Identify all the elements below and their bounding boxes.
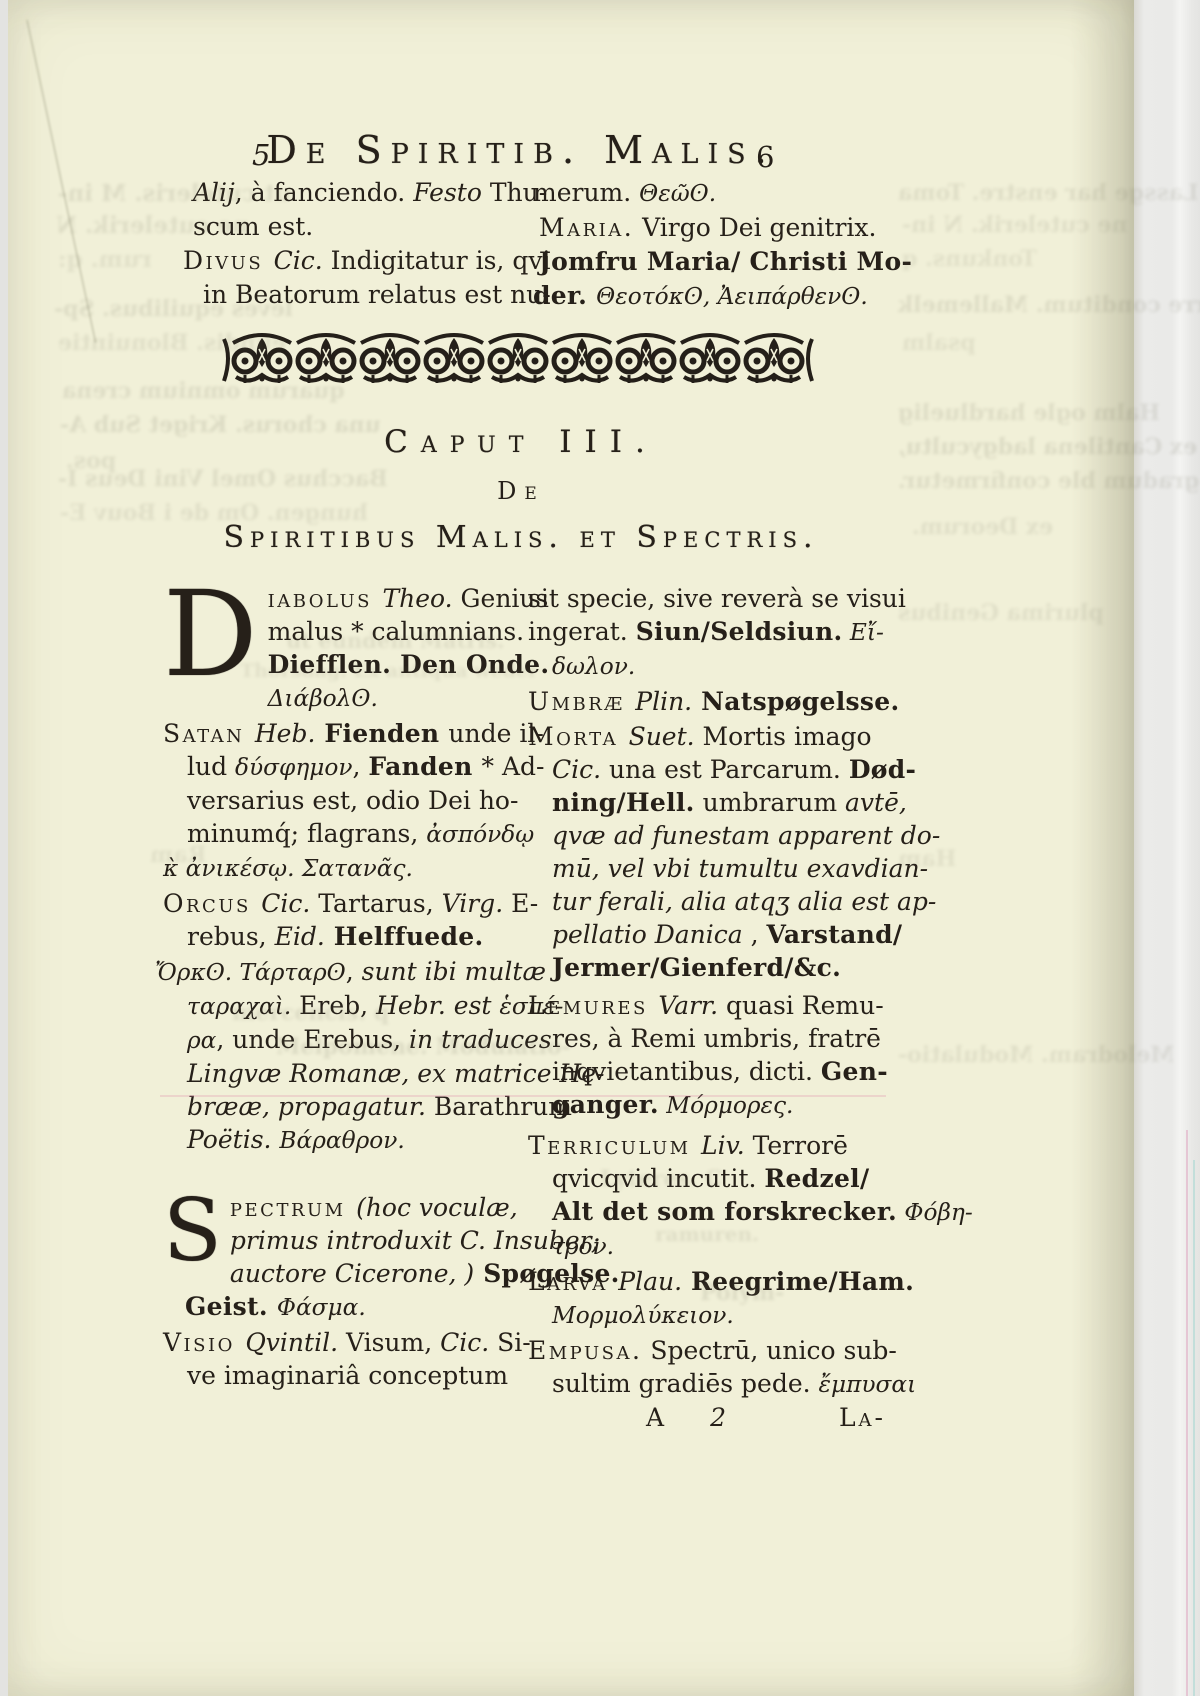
text-segment: Suet. [629, 722, 695, 751]
text-column-left: Diabolus Theo. Geniusmalus * calumnians.… [163, 582, 520, 1392]
scan-artifact-line [160, 1095, 886, 1097]
text-segment: quasi Remu- [718, 991, 884, 1020]
text-line: Geist. Φάσμα. [163, 1290, 520, 1324]
text-segment: Tartarus, [310, 889, 441, 918]
text-segment: merum. [533, 178, 639, 207]
bleedthrough-ghost-text: eundis. Blonuintie [58, 330, 286, 356]
text-segment: Umbræ [528, 687, 635, 716]
text-line: Satan Heb. Fienden unde il- [163, 717, 520, 750]
text-segment: mū, vel vbi tumultu exavdian- [552, 854, 928, 883]
bleedthrough-ghost-text: Lassge har enstre. Toma [898, 180, 1199, 206]
entry-empusa: Empusa. Spectrū, unico sub-sultim gradiē… [528, 1334, 890, 1401]
text-segment: pellatio Danica [552, 920, 743, 949]
drop-cap-letter: S [163, 1197, 222, 1261]
text-segment: Virg. [442, 889, 504, 918]
text-segment: qvæ ad funestam apparent do- [552, 821, 940, 850]
text-segment: Terrorē [745, 1131, 848, 1160]
book-page-scan: 5 De Spiritib. Malis. 6 Alij, à fanciend… [0, 0, 1200, 1696]
text-segment: Visio [163, 1328, 245, 1357]
text-segment: Visum, [338, 1328, 440, 1357]
bleedthrough-ghost-text: hungen. Om de i Bouv E- [60, 500, 368, 526]
text-segment: sit specie, sive reverà se visui [528, 584, 906, 613]
bleedthrough-ghost-text: ex Cantilena ladgycultu, [898, 434, 1197, 460]
entry-spectrum: Spectrum (hoc voculæ,primus introduxit C… [163, 1191, 520, 1324]
text-segment: Maria. [539, 213, 634, 242]
entry-morta: Morta Suet. Mortis imagoCic. una est Par… [528, 720, 890, 984]
text-line: sit specie, sive reverà se visui [528, 582, 890, 615]
text-segment: Indigitatur is, qvi [323, 246, 551, 275]
text-line: Orcus Cic. Tartarus, Virg. E- [163, 887, 520, 920]
bleedthrough-ghost-text: Lyteres. C [600, 1166, 722, 1192]
text-segment: Spectrū, unico sub- [642, 1336, 896, 1365]
entry-lemures: Lemures Varr. quasi Remu-res, à Remi umb… [528, 989, 890, 1122]
signature-number: 2 [710, 1401, 726, 1434]
text-segment: (hoc voculæ, [356, 1193, 518, 1222]
text-segment: , [346, 957, 362, 986]
text-segment: ingerat. [528, 617, 636, 646]
text-segment: Θεῶʘ. [639, 180, 716, 207]
text-segment: sunt ibi multæ [362, 957, 546, 986]
text-segment: Διάβολʘ. [268, 685, 378, 712]
text-line: res, à Remi umbris, fratrē [528, 1022, 890, 1055]
bleedthrough-ghost-text: mercencis. q [232, 1000, 389, 1026]
bleedthrough-ghost-text: ut eundem Matris. [286, 628, 504, 653]
text-line: rebus, Eid. Helffuede. [163, 920, 520, 953]
text-line: Umbræ Plin. Natspøgelsse. [528, 685, 890, 718]
text-line: Jomfru Maria/ Christi Mo- [533, 245, 883, 279]
folio-number-right: 6 [756, 140, 774, 174]
text-segment: umbrarum [695, 788, 845, 817]
text-line: minumq́; flagrans, ἀσπόνδῳ [163, 817, 520, 851]
text-segment: Siun/Seldsiun. [636, 617, 843, 646]
text-segment: rebus, [187, 922, 275, 951]
text-segment: inqvietantibus, dicti. [552, 1057, 821, 1086]
text-segment: Lemures [528, 991, 658, 1020]
text-line: Maria. Virgo Dei genitrix. [533, 211, 883, 245]
entry-maria: Maria. Virgo Dei genitrix.Jomfru Maria/ … [533, 211, 883, 314]
text-segment: iabolus [268, 584, 383, 613]
text-segment: der. [533, 281, 596, 310]
text-segment: Helffuede. [325, 922, 484, 951]
bleedthrough-ghost-text: Halm ogle hardluelig [898, 400, 1160, 426]
bleedthrough-ghost-text: ne cutelerik. N in- [902, 212, 1127, 238]
text-segment: sultim gradiēs pede. [552, 1369, 819, 1398]
text-segment: Si- [489, 1328, 531, 1357]
text-segment: Qvintil. [245, 1328, 338, 1357]
text-segment: Geist. [185, 1292, 277, 1321]
text-segment: , [353, 752, 369, 781]
bleedthrough-ghost-text: Thorsdag. Ex antiqua weder [240, 660, 538, 682]
text-line: ve imaginariâ conceptum [163, 1359, 520, 1392]
bleedthrough-ghost-text: rum. q: [58, 246, 152, 273]
text-line: versarius est, odio Dei ho- [163, 784, 520, 817]
entry-umbrae: Umbræ Plin. Natspøgelsse. [528, 685, 890, 718]
bleedthrough-ghost-text: Ham [898, 846, 956, 872]
text-segment: Φόβη- [897, 1199, 973, 1226]
text-segment: Empusa. [528, 1336, 642, 1365]
text-segment: Εἴ- [843, 619, 884, 646]
text-segment: res, à Remi umbris, fratrē [552, 1024, 881, 1053]
text-segment: Βάραθρον. [279, 1127, 404, 1154]
bleedthrough-ghost-text: ferre conditum. Mallemelk [898, 292, 1200, 318]
bleedthrough-ghost-text: Ram [150, 842, 206, 868]
text-line: lud δύσφημον, Fanden * Ad- [163, 750, 520, 784]
text-segment: Varr. [658, 991, 718, 1020]
text-line: Lingvæ Romanæ, ex matrice He- [163, 1057, 520, 1090]
text-segment: δωλον. [552, 653, 635, 680]
text-segment: , [743, 920, 767, 949]
text-line: qvæ ad funestam apparent do- [528, 819, 890, 852]
text-line: Divus Cic. Indigitatur is, qvi [183, 244, 528, 278]
bleedthrough-ghost-text: Tonkuns. q [902, 246, 1037, 272]
text-segment: Gen- [821, 1057, 888, 1086]
text-line: mū, vel vbi tumultu exavdian- [528, 852, 890, 885]
bleedthrough-ghost-text: plurima Genibus [898, 600, 1104, 626]
text-line: ning/Hell. umbrarum avtē, [528, 786, 890, 819]
text-line: Cic. una est Parcarum. Død- [528, 753, 890, 786]
entry-orcus: Orcus Cic. Tartarus, Virg. E-rebus, Eid.… [163, 887, 520, 953]
text-segment: Morta [528, 722, 629, 751]
text-segment: Natspøgelsse. [692, 687, 899, 716]
catchword: La- [839, 1401, 886, 1434]
signature-mark: A [646, 1401, 666, 1434]
text-segment: avtē, [845, 788, 907, 817]
bleedthrough-ghost-text: quarum omnium crena [62, 378, 345, 404]
text-segment: Theo. [382, 584, 452, 613]
text-segment: minumq́; flagrans, [187, 819, 426, 848]
bleedthrough-ghost-text: ut cuteleris. M in- [58, 180, 291, 207]
text-line: merum. Θεῶʘ. [533, 176, 883, 211]
text-line: Lemures Varr. quasi Remu- [528, 989, 890, 1022]
bleedthrough-ghost-text: Bacchus Omel Vini Deus I- [58, 466, 388, 492]
text-segment: Orcus [163, 889, 261, 918]
scan-artifact-line [1193, 1160, 1195, 1696]
text-segment: τρον. [552, 1233, 614, 1260]
text-segment: Θεοτόκʘ, Ἀειπάρθενʘ. [596, 283, 868, 310]
bleedthrough-ghost-text: Polym- [700, 1280, 784, 1306]
entry-spectrum-continuation: sit specie, sive reverà se visuiingerat.… [528, 582, 890, 683]
text-segment: Liv. [701, 1131, 745, 1160]
text-segment: Redzel/ [764, 1164, 869, 1193]
text-segment: Eid. [275, 922, 325, 951]
text-line: κ̀ ἀνικέσῳ. Σατανᾶς. [163, 851, 520, 885]
text-segment: ἔμπυσαι [819, 1371, 917, 1398]
text-segment: versarius est, odio Dei ho- [187, 786, 518, 815]
text-segment: Plin. [635, 687, 692, 716]
text-segment: ἀσπόνδῳ [426, 821, 534, 848]
text-segment: Fanden [368, 752, 481, 781]
text-line: tur ferali, alia atqʒ alia est ap- [528, 885, 890, 918]
text-segment: Jomfru Maria/ Christi Mo- [539, 247, 912, 276]
bleedthrough-ghost-text: gradum ble confirmetur. [898, 468, 1199, 494]
entry-satan: Satan Heb. Fienden unde il-lud δύσφημον,… [163, 717, 520, 885]
text-segment: Cic. [274, 246, 323, 275]
text-line: δωλον. [528, 649, 890, 683]
text-segment: una est Parcarum. [601, 755, 849, 784]
bleedthrough-ghost-text: Melodram. Modulatio- [898, 1042, 1175, 1068]
text-segment: Μορμολύκειον. [552, 1302, 734, 1329]
text-segment: Terriculum [528, 1131, 701, 1160]
text-line: Empusa. Spectrū, unico sub- [528, 1334, 890, 1367]
text-segment: Død- [849, 755, 916, 784]
text-segment: Mortis imago [695, 722, 872, 751]
text-line: Jermer/Gienferd/&c. [528, 951, 890, 984]
text-segment: Divus [183, 246, 274, 275]
text-line: Morta Suet. Mortis imago [528, 720, 890, 753]
text-segment: Φάσμα. [277, 1294, 366, 1321]
text-segment: Hebr. est [376, 991, 499, 1020]
bleedthrough-ghost-text: una chorus. Kriget Sub A- [60, 412, 381, 438]
entry-merum-fragment: merum. Θεῶʘ. [533, 176, 883, 211]
text-segment: Heb. [255, 719, 316, 748]
text-segment: Cic. [261, 889, 310, 918]
text-line: inqvietantibus, dicti. Gen- [528, 1055, 890, 1088]
scan-edge-strip [1134, 0, 1200, 1696]
bleedthrough-ghost-text: ne cutelerik. N [56, 212, 249, 239]
text-line: ganger. Μόρμορες. [528, 1088, 890, 1122]
text-line: sultim gradiēs pede. ἔμπυσαι [528, 1367, 890, 1401]
signature-row: A2La- [528, 1401, 890, 1434]
text-segment: Satan [163, 719, 255, 748]
running-header-title: De Spiritib. Malis. [266, 128, 775, 172]
text-segment: tur ferali, alia atqʒ alia est ap- [552, 887, 936, 916]
text-segment: Varstand/ [767, 920, 903, 949]
text-segment: ning/Hell. [552, 788, 695, 817]
text-segment: Virgo Dei genitrix. [634, 213, 876, 242]
text-line: Ὄρκʘ. Τάρταρʘ, sunt ibi multæ [155, 955, 520, 989]
text-segment: ve imaginariâ conceptum [187, 1361, 508, 1390]
text-line: ingerat. Siun/Seldsiun. Εἴ- [528, 615, 890, 649]
text-segment: Festo [413, 178, 482, 207]
top-column-right: merum. Θεῶʘ.Maria. Virgo Dei genitrix.Jo… [533, 176, 883, 314]
text-segment: lud [187, 752, 235, 781]
text-segment: ρα [187, 1027, 216, 1054]
entry-visio: Visio Qvintil. Visum, Cic. Si-ve imagina… [163, 1326, 520, 1392]
bleedthrough-ghost-text: ramuren. [655, 1222, 759, 1246]
text-segment: δύσφημον [235, 754, 352, 781]
text-column-right: sit specie, sive reverà se visuiingerat.… [528, 582, 890, 1434]
text-segment: pectrum [230, 1193, 356, 1222]
text-segment: Larva [528, 1267, 618, 1296]
bleedthrough-ghost-text: psalm [902, 330, 976, 356]
text-segment: Cic. [552, 755, 601, 784]
text-segment: Cic. [440, 1328, 489, 1357]
bleedthrough-ghost-text: Melpomene. Modulatio- [276, 1034, 571, 1060]
scan-artifact-line [1186, 1130, 1188, 1696]
text-segment: Ὄρκʘ. Τάρταρʘ [155, 959, 346, 986]
text-segment: auctore Cicerone, ) [230, 1259, 474, 1288]
text-line: Visio Qvintil. Visum, Cic. Si- [163, 1326, 520, 1359]
text-line: der. Θεοτόκʘ, Ἀειπάρθενʘ. [533, 279, 883, 314]
text-segment: Fienden [315, 719, 448, 748]
text-segment: Jermer/Gienferd/&c. [552, 953, 841, 982]
text-line: pellatio Danica , Varstand/ [528, 918, 890, 951]
text-line: Poëtis. Βάραθρον. [163, 1123, 520, 1157]
bleedthrough-ghost-text: leves equilibus. Sp- [54, 296, 293, 322]
text-segment: Plau. [618, 1267, 682, 1296]
bleedthrough-ghost-text: ex Deorum. [912, 514, 1053, 540]
text-segment: Poëtis. [187, 1125, 279, 1154]
text-line: Terriculum Liv. Terrorē [528, 1129, 890, 1162]
